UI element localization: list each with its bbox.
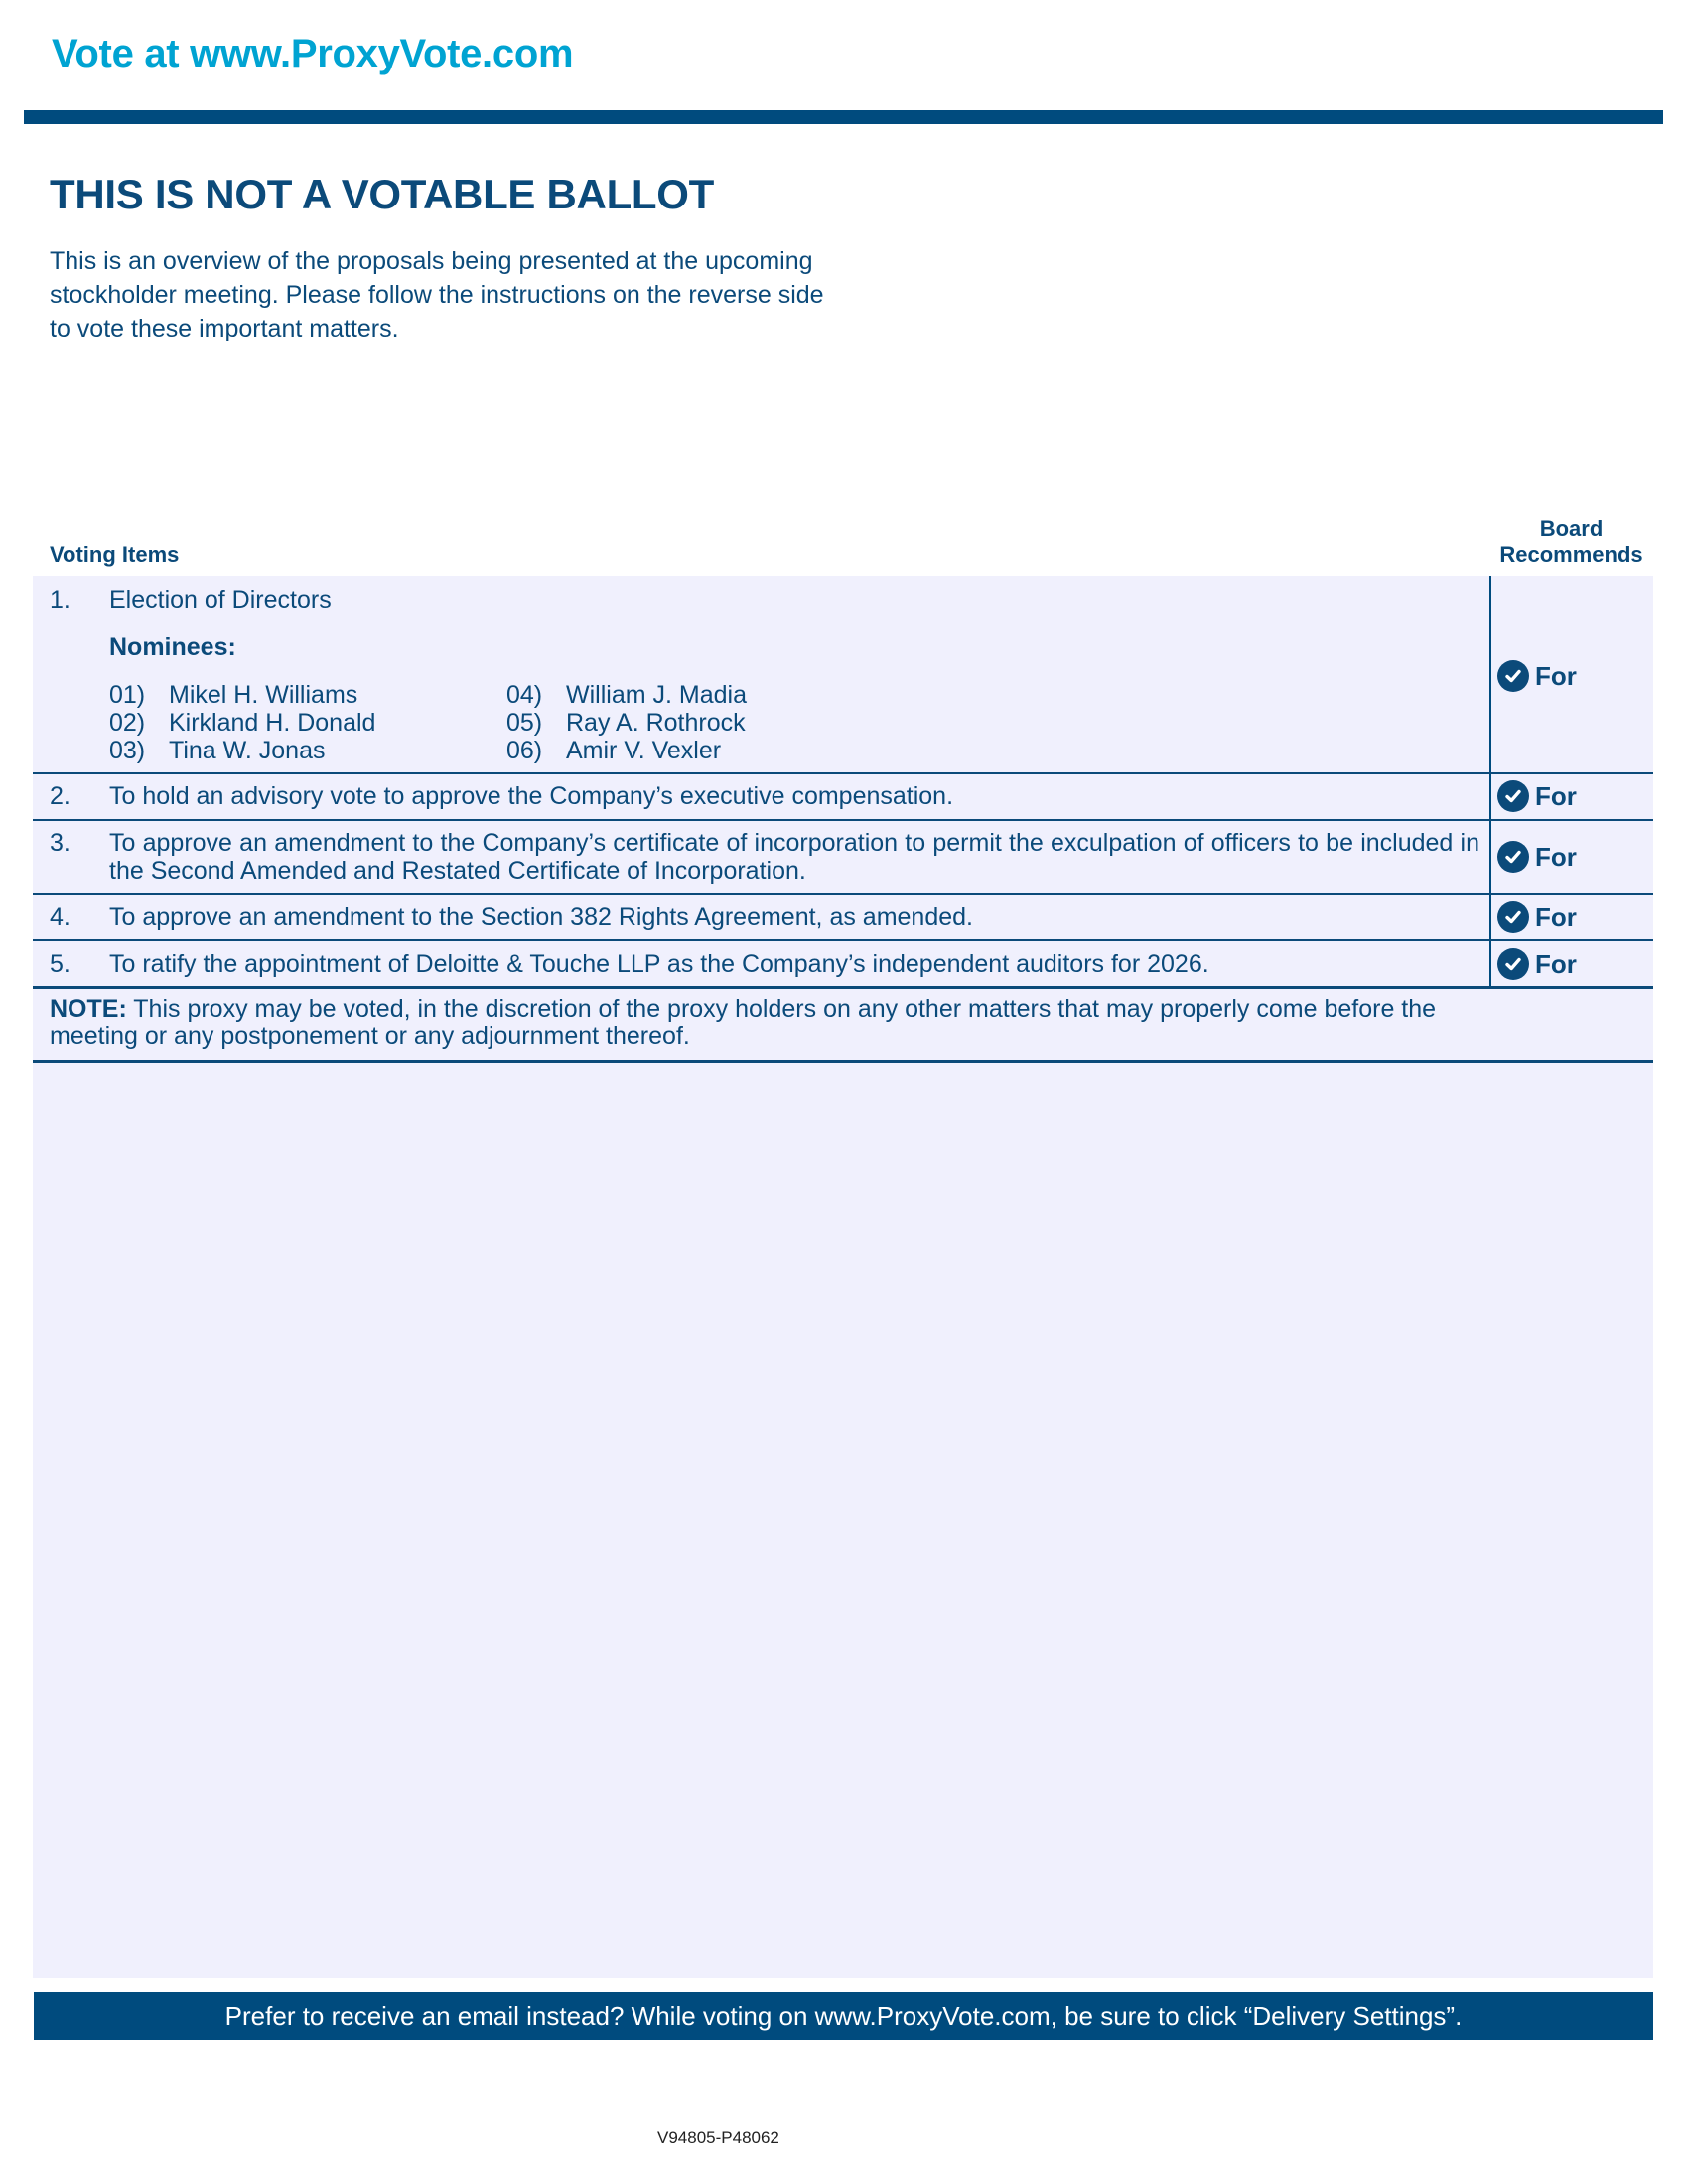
item-number: 2. bbox=[50, 782, 70, 811]
board-recommendation: For bbox=[1497, 948, 1577, 980]
item-number: 5. bbox=[50, 950, 70, 979]
item-text: To approve an amendment to the Company’s… bbox=[109, 829, 1479, 885]
board-recommendation: For bbox=[1497, 901, 1577, 933]
item-number: 4. bbox=[50, 903, 70, 932]
nominee: 03)Tina W. Jonas bbox=[109, 737, 325, 764]
banner-text: Prefer to receive an email instead? Whil… bbox=[225, 2001, 1463, 2032]
note: NOTE: This proxy may be voted, in the di… bbox=[50, 995, 1489, 1050]
nominee-number: 06) bbox=[506, 737, 566, 764]
item-number: 3. bbox=[50, 829, 70, 858]
page-title: THIS IS NOT A VOTABLE BALLOT bbox=[50, 171, 714, 218]
header-rule bbox=[24, 110, 1663, 124]
item-number: 1. bbox=[50, 586, 70, 614]
recommendation-label: For bbox=[1535, 661, 1577, 692]
check-circle-icon bbox=[1497, 948, 1529, 980]
check-circle-icon bbox=[1497, 660, 1529, 692]
check-circle-icon bbox=[1497, 780, 1529, 812]
board-recommendation: For bbox=[1497, 780, 1577, 812]
email-delivery-banner: Prefer to receive an email instead? Whil… bbox=[34, 1992, 1653, 2040]
recommendation-label: For bbox=[1535, 781, 1577, 812]
nominee-name: Ray A. Rothrock bbox=[566, 709, 746, 737]
row-separator bbox=[33, 1060, 1653, 1063]
document-code: V94805-P48062 bbox=[657, 2128, 779, 2148]
nominee: 02)Kirkland H. Donald bbox=[109, 709, 375, 737]
nominee: 06)Amir V. Vexler bbox=[506, 737, 721, 764]
item-text: Election of Directors bbox=[109, 586, 1479, 614]
nominee-number: 02) bbox=[109, 709, 169, 737]
nominee-name: Kirkland H. Donald bbox=[169, 709, 375, 737]
item-text: To ratify the appointment of Deloitte & … bbox=[109, 950, 1479, 978]
nominee: 04)William J. Madia bbox=[506, 681, 747, 709]
nominee: 01)Mikel H. Williams bbox=[109, 681, 357, 709]
nominee-number: 01) bbox=[109, 681, 169, 709]
note-text: This proxy may be voted, in the discreti… bbox=[50, 995, 1436, 1050]
nominee: 05)Ray A. Rothrock bbox=[506, 709, 746, 737]
row-separator bbox=[33, 986, 1653, 989]
column-divider bbox=[1489, 576, 1491, 988]
item-text: To approve an amendment to the Section 3… bbox=[109, 903, 1479, 931]
row-separator bbox=[33, 819, 1653, 821]
nominee-name: Tina W. Jonas bbox=[169, 737, 325, 764]
check-circle-icon bbox=[1497, 901, 1529, 933]
board-recommendation: For bbox=[1497, 841, 1577, 873]
proxyvote-link[interactable]: Vote at www.ProxyVote.com bbox=[52, 32, 573, 76]
column-header-voting-items: Voting Items bbox=[50, 542, 179, 568]
column-header-board-recommends: Board Recommends bbox=[1489, 516, 1653, 568]
nominees-label: Nominees: bbox=[109, 633, 236, 662]
item-text: To hold an advisory vote to approve the … bbox=[109, 782, 1479, 810]
board-recommendation: For bbox=[1497, 660, 1577, 692]
nominee-number: 04) bbox=[506, 681, 566, 709]
nominee-name: Mikel H. Williams bbox=[169, 681, 357, 709]
check-circle-icon bbox=[1497, 841, 1529, 873]
note-label: NOTE: bbox=[50, 995, 127, 1023]
row-separator bbox=[33, 893, 1653, 895]
nominee-number: 03) bbox=[109, 737, 169, 764]
nominee-name: Amir V. Vexler bbox=[566, 737, 721, 764]
recommendation-label: For bbox=[1535, 842, 1577, 873]
recommendation-label: For bbox=[1535, 949, 1577, 980]
row-separator bbox=[33, 772, 1653, 774]
intro-text: This is an overview of the proposals bei… bbox=[50, 244, 844, 345]
nominee-name: William J. Madia bbox=[566, 681, 747, 709]
recommendation-label: For bbox=[1535, 902, 1577, 933]
nominee-number: 05) bbox=[506, 709, 566, 737]
row-separator bbox=[33, 939, 1653, 941]
